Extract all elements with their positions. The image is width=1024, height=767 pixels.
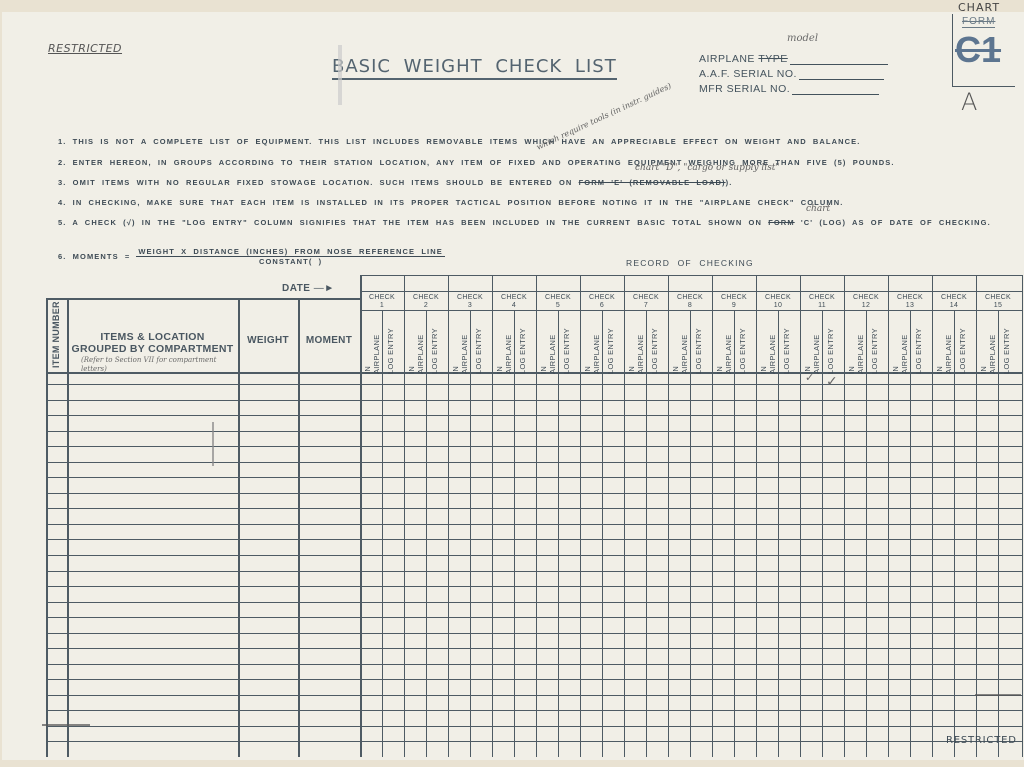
airplane-type-field[interactable] bbox=[790, 55, 888, 65]
grid-line-v bbox=[382, 310, 383, 757]
table-row[interactable] bbox=[48, 432, 358, 446]
check-11-airplane-mark: ✓ bbox=[805, 371, 814, 384]
pencil-mark bbox=[212, 422, 214, 466]
log-entry-label: LOG ENTRY bbox=[870, 316, 879, 374]
table-top-border bbox=[46, 298, 360, 300]
table-row[interactable] bbox=[48, 416, 358, 430]
log-entry-label: LOG ENTRY bbox=[650, 316, 659, 374]
grid-line-v bbox=[646, 310, 647, 757]
date-cell-check-14[interactable] bbox=[933, 276, 975, 290]
table-row[interactable] bbox=[48, 727, 358, 741]
in-airplane-label: AIRPLANE bbox=[548, 316, 557, 374]
compartment-handwritten-note: (Refer to Section VII for compartment le… bbox=[81, 356, 232, 374]
in-airplane-label: IN bbox=[627, 316, 636, 374]
item-number-header: ITEM NUMBER bbox=[51, 306, 61, 368]
airplane-label: AIRPLANE bbox=[699, 53, 755, 65]
grid-line-v bbox=[998, 310, 999, 757]
aaf-serial-field[interactable] bbox=[799, 70, 884, 80]
grid-line-v bbox=[910, 310, 911, 757]
table-row[interactable] bbox=[48, 649, 358, 663]
date-cell-check-4[interactable] bbox=[493, 276, 535, 290]
table-row[interactable] bbox=[48, 618, 358, 632]
page-title: BASIC WEIGHT CHECK LIST bbox=[332, 56, 617, 80]
table-row[interactable] bbox=[48, 680, 358, 694]
check-column-header: CHECK2 bbox=[404, 294, 448, 310]
date-cell-check-13[interactable] bbox=[889, 276, 931, 290]
grid-line-v bbox=[580, 275, 581, 757]
table-row[interactable] bbox=[48, 556, 358, 570]
in-airplane-label: IN bbox=[363, 316, 372, 374]
instruction-3: 3. OMIT ITEMS WITH NO REGULAR FIXED STOW… bbox=[58, 178, 732, 187]
date-cell-check-15[interactable] bbox=[977, 276, 1019, 290]
in-airplane-label: AIRPLANE bbox=[592, 316, 601, 374]
table-row[interactable] bbox=[48, 742, 358, 756]
table-row[interactable] bbox=[48, 478, 358, 492]
in-airplane-label: AIRPLANE bbox=[416, 316, 425, 374]
restricted-stamp-bottom: RESTRICTED bbox=[946, 735, 1017, 746]
date-cell-check-11[interactable] bbox=[801, 276, 843, 290]
type-struck-label: TYPE bbox=[758, 53, 787, 65]
in-airplane-label: AIRPLANE bbox=[944, 316, 953, 374]
grid-line-h bbox=[360, 310, 1023, 311]
moments-formula: WEIGHT X DISTANCE (INCHES) FROM NOSE REF… bbox=[136, 247, 444, 266]
table-row[interactable] bbox=[48, 463, 358, 477]
in-airplane-label: AIRPLANE bbox=[724, 316, 733, 374]
form-letter-handwritten: A bbox=[961, 88, 977, 116]
in-airplane-label: IN bbox=[759, 316, 768, 374]
log-entry-label: LOG ENTRY bbox=[782, 316, 791, 374]
table-row[interactable] bbox=[48, 385, 358, 399]
items-location-header: ITEMS & LOCATIONGROUPED BY COMPARTMENT bbox=[67, 331, 238, 355]
table-row[interactable] bbox=[48, 634, 358, 648]
pencil-mark bbox=[338, 45, 342, 105]
model-handwritten-note: model bbox=[787, 33, 818, 44]
chart-handwritten-label: CHART bbox=[958, 1, 1000, 14]
date-label: DATE ―► bbox=[282, 283, 335, 294]
date-cell-check-5[interactable] bbox=[537, 276, 579, 290]
in-airplane-label: AIRPLANE bbox=[460, 316, 469, 374]
log-entry-label: LOG ENTRY bbox=[738, 316, 747, 374]
in-airplane-label: AIRPLANE bbox=[680, 316, 689, 374]
date-cell-check-7[interactable] bbox=[625, 276, 667, 290]
date-cell-check-8[interactable] bbox=[669, 276, 711, 290]
grid-line-v bbox=[360, 275, 362, 757]
grid-line-v bbox=[888, 275, 889, 757]
date-cell-check-1[interactable] bbox=[361, 276, 403, 290]
check-column-header: CHECK6 bbox=[580, 294, 624, 310]
check-column-header: CHECK8 bbox=[668, 294, 712, 310]
grid-line-v bbox=[778, 310, 779, 757]
table-row[interactable] bbox=[48, 447, 358, 461]
in-airplane-label: IN bbox=[847, 316, 856, 374]
grid-line-v bbox=[426, 310, 427, 757]
log-entry-label: LOG ENTRY bbox=[386, 316, 395, 374]
grid-line-v bbox=[734, 310, 735, 757]
instruction-3-handwritten-note: chart "D", "cargo or supply list" bbox=[635, 163, 780, 173]
log-entry-label: LOG ENTRY bbox=[562, 316, 571, 374]
date-cell-check-6[interactable] bbox=[581, 276, 623, 290]
instruction-5: 5. A CHECK (√) IN THE "LOG ENTRY" COLUMN… bbox=[58, 218, 991, 227]
in-airplane-label: IN bbox=[979, 316, 988, 374]
table-row[interactable] bbox=[48, 665, 358, 679]
check-column-header: CHECK4 bbox=[492, 294, 536, 310]
form-struck-label: FORM bbox=[962, 16, 995, 28]
pencil-mark bbox=[975, 694, 1021, 696]
pencil-mark bbox=[42, 724, 90, 726]
check-column-header: CHECK5 bbox=[536, 294, 580, 310]
grid-line-v bbox=[602, 310, 603, 757]
grid-line-v bbox=[976, 275, 977, 757]
grid-line-v bbox=[668, 275, 669, 757]
record-of-checking-label: RECORD OF CHECKING bbox=[626, 258, 754, 268]
in-airplane-label: IN bbox=[407, 316, 416, 374]
date-cell-check-12[interactable] bbox=[845, 276, 887, 290]
check-column-header: CHECK14 bbox=[932, 294, 976, 310]
in-airplane-label: IN bbox=[891, 316, 900, 374]
instruction-1: 1. THIS IS NOT A COMPLETE LIST OF EQUIPM… bbox=[58, 137, 860, 146]
in-airplane-label: AIRPLANE bbox=[900, 316, 909, 374]
grid-line-v bbox=[866, 310, 867, 757]
check-column-header: CHECK7 bbox=[624, 294, 668, 310]
log-entry-label: LOG ENTRY bbox=[606, 316, 615, 374]
grid-line-v bbox=[844, 275, 845, 757]
date-cell-check-9[interactable] bbox=[713, 276, 755, 290]
log-entry-label: LOG ENTRY bbox=[474, 316, 483, 374]
table-row[interactable] bbox=[48, 509, 358, 523]
instruction-6: 6. MOMENTS = WEIGHT X DISTANCE (INCHES) … bbox=[58, 247, 445, 266]
in-airplane-label: AIRPLANE bbox=[856, 316, 865, 374]
in-airplane-label: IN bbox=[583, 316, 592, 374]
in-airplane-label: AIRPLANE bbox=[768, 316, 777, 374]
check-column-header: CHECK9 bbox=[712, 294, 756, 310]
restricted-stamp-top: RESTRICTED bbox=[48, 42, 122, 55]
table-row[interactable] bbox=[48, 494, 358, 508]
check-column-header: CHECK10 bbox=[756, 294, 800, 310]
grid-line-h bbox=[360, 291, 1023, 292]
date-cell-check-3[interactable] bbox=[449, 276, 491, 290]
grid-line-v bbox=[404, 275, 405, 757]
check-column-header: CHECK1 bbox=[360, 294, 404, 310]
in-airplane-label: AIRPLANE bbox=[372, 316, 381, 374]
in-airplane-label: AIRPLANE bbox=[812, 316, 821, 374]
instruction-5-handwritten-note: chart bbox=[806, 204, 830, 214]
grid-line-v bbox=[514, 310, 515, 757]
form-code: C1 bbox=[955, 32, 1001, 68]
check-column-header: CHECK12 bbox=[844, 294, 888, 310]
weight-header: WEIGHT bbox=[238, 335, 298, 346]
log-entry-label: LOG ENTRY bbox=[430, 316, 439, 374]
check-11-log-mark: ✓ bbox=[826, 374, 838, 390]
moment-header: MOMENT bbox=[298, 335, 360, 346]
in-airplane-label: IN bbox=[935, 316, 944, 374]
grid-line-v bbox=[536, 275, 537, 757]
table-row[interactable] bbox=[48, 603, 358, 617]
log-entry-label: LOG ENTRY bbox=[958, 316, 967, 374]
in-airplane-label: IN bbox=[539, 316, 548, 374]
aaf-serial-label: A.A.F. SERIAL NO. bbox=[699, 68, 797, 80]
log-entry-label: LOG ENTRY bbox=[694, 316, 703, 374]
grid-line-v bbox=[712, 275, 713, 757]
grid-line-v bbox=[932, 275, 933, 757]
in-airplane-label: AIRPLANE bbox=[504, 316, 513, 374]
airplane-fields: AIRPLANE TYPE A.A.F. SERIAL NO. MFR SERI… bbox=[699, 50, 888, 95]
in-airplane-label: AIRPLANE bbox=[636, 316, 645, 374]
check-column-header: CHECK11 bbox=[800, 294, 844, 310]
log-entry-label: LOG ENTRY bbox=[1002, 316, 1011, 374]
grid-line-v bbox=[558, 310, 559, 757]
grid-line-v bbox=[954, 310, 955, 757]
log-entry-label: LOG ENTRY bbox=[914, 316, 923, 374]
date-cell-check-2[interactable] bbox=[405, 276, 447, 290]
grid-line-v bbox=[448, 275, 449, 757]
in-airplane-label: IN bbox=[715, 316, 724, 374]
log-entry-label: LOG ENTRY bbox=[518, 316, 527, 374]
mfr-serial-label: MFR SERIAL NO. bbox=[699, 83, 790, 95]
grid-line-v bbox=[822, 310, 823, 757]
in-airplane-label: IN bbox=[803, 316, 812, 374]
grid-line-v bbox=[624, 275, 625, 757]
table-row[interactable] bbox=[48, 711, 358, 725]
table-row[interactable] bbox=[48, 696, 358, 710]
table-row[interactable] bbox=[48, 525, 358, 539]
table-right-border bbox=[1022, 275, 1023, 757]
grid-line-v bbox=[492, 275, 493, 757]
table-row[interactable] bbox=[48, 587, 358, 601]
in-airplane-label: IN bbox=[495, 316, 504, 374]
check-column-header: CHECK13 bbox=[888, 294, 932, 310]
table-row[interactable] bbox=[48, 572, 358, 586]
check-column-header: CHECK3 bbox=[448, 294, 492, 310]
grid-line-v bbox=[470, 310, 471, 757]
grid-line-v bbox=[690, 310, 691, 757]
in-airplane-label: IN bbox=[451, 316, 460, 374]
table-row[interactable] bbox=[48, 540, 358, 554]
in-airplane-label: AIRPLANE bbox=[988, 316, 997, 374]
grid-line-v bbox=[756, 275, 757, 757]
in-airplane-label: IN bbox=[671, 316, 680, 374]
mfr-serial-field[interactable] bbox=[792, 85, 879, 95]
check-column-header: CHECK15 bbox=[976, 294, 1020, 310]
date-cell-check-10[interactable] bbox=[757, 276, 799, 290]
table-row[interactable] bbox=[48, 401, 358, 415]
grid-line-v bbox=[800, 275, 801, 757]
log-entry-label: LOG ENTRY bbox=[826, 316, 835, 374]
instruction-4: 4. IN CHECKING, MAKE SURE THAT EACH ITEM… bbox=[58, 198, 843, 207]
